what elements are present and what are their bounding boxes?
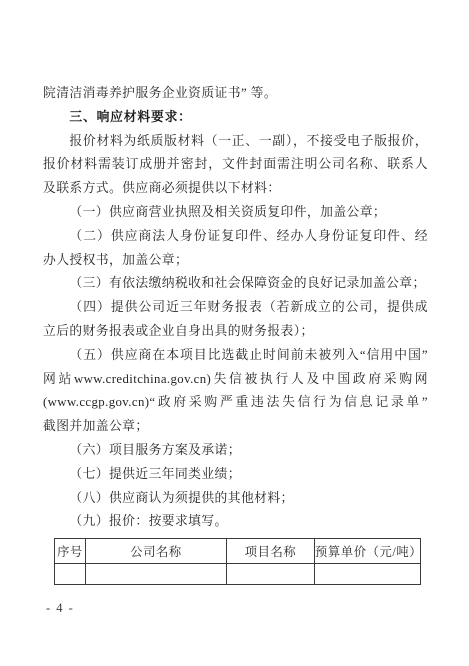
cell-budget-unit-price (315, 564, 421, 585)
item-3-line: （三）有依法缴纳税收和社会保障资金的良好记录加盖公章； (43, 272, 428, 296)
cell-project-name (227, 564, 315, 585)
quotation-table: 序号 公司名称 项目名称 预算单价（元/吨） (54, 538, 421, 585)
column-header-project-name: 项目名称 (227, 539, 315, 564)
requirements-intro-line-2: 报价材料需装订成册并密封，文件封面需注明公司名称、联系人 (43, 153, 428, 177)
page-number: - 4 - (46, 601, 74, 616)
item-5-line-4: 截图并加盖公章； (43, 415, 428, 439)
item-4-line-2: 立后的财务报表或企业自身出具的财务报表）； (43, 320, 428, 344)
item-8-line: （八）供应商认为须提供的其他材料； (43, 487, 428, 511)
item-5-line-1: （五）供应商在本项目比选截止时间前未被列入“信用中国” (43, 344, 428, 368)
item-1-line: （一）供应商营业执照及相关资质复印件，加盖公章； (43, 201, 428, 225)
item-5-line-2: 网站www.creditchina.gov.cn)失信被执行人及中国政府采购网 (43, 368, 428, 392)
item-2-line-2: 办人授权书，加盖公章； (43, 249, 428, 273)
column-header-serial-number: 序号 (55, 539, 86, 564)
cell-serial-number (55, 564, 86, 585)
item-9-line: （九）报价：按要求填写。 (43, 510, 428, 534)
section-heading: 三、响应材料要求： (43, 106, 428, 130)
requirements-intro-line-3: 及联系方式。供应商必须提供以下材料： (43, 177, 428, 201)
item-4-line-1: （四）提供公司近三年财务报表（若新成立的公司，提供成 (43, 296, 428, 320)
item-6-line: （六）项目服务方案及承诺； (43, 439, 428, 463)
paragraph-continuation-line: 院清洁消毒养护服务企业资质证书” 等。 (43, 82, 428, 106)
item-5-line-3: (www.ccgp.gov.cn)“政府采购严重违法失信行为信息记录单” (43, 391, 428, 415)
requirements-intro-line-1: 报价材料为纸质版材料（一正、一副），不接受电子版报价， (43, 130, 428, 154)
item-7-line: （七）提供近三年同类业绩； (43, 463, 428, 487)
item-2-line-1: （二）供应商法人身份证复印件、经办人身份证复印件、经 (43, 225, 428, 249)
column-header-budget-unit-price: 预算单价（元/吨） (315, 539, 421, 564)
column-header-company-name: 公司名称 (86, 539, 227, 564)
document-body: 院清洁消毒养护服务企业资质证书” 等。 三、响应材料要求： 报价材料为纸质版材料… (43, 82, 428, 534)
table-header-row: 序号 公司名称 项目名称 预算单价（元/吨） (55, 539, 421, 564)
cell-company-name (86, 564, 227, 585)
table-row (55, 564, 421, 585)
document-page: 院清洁消毒养护服务企业资质证书” 等。 三、响应材料要求： 报价材料为纸质版材料… (0, 0, 469, 666)
